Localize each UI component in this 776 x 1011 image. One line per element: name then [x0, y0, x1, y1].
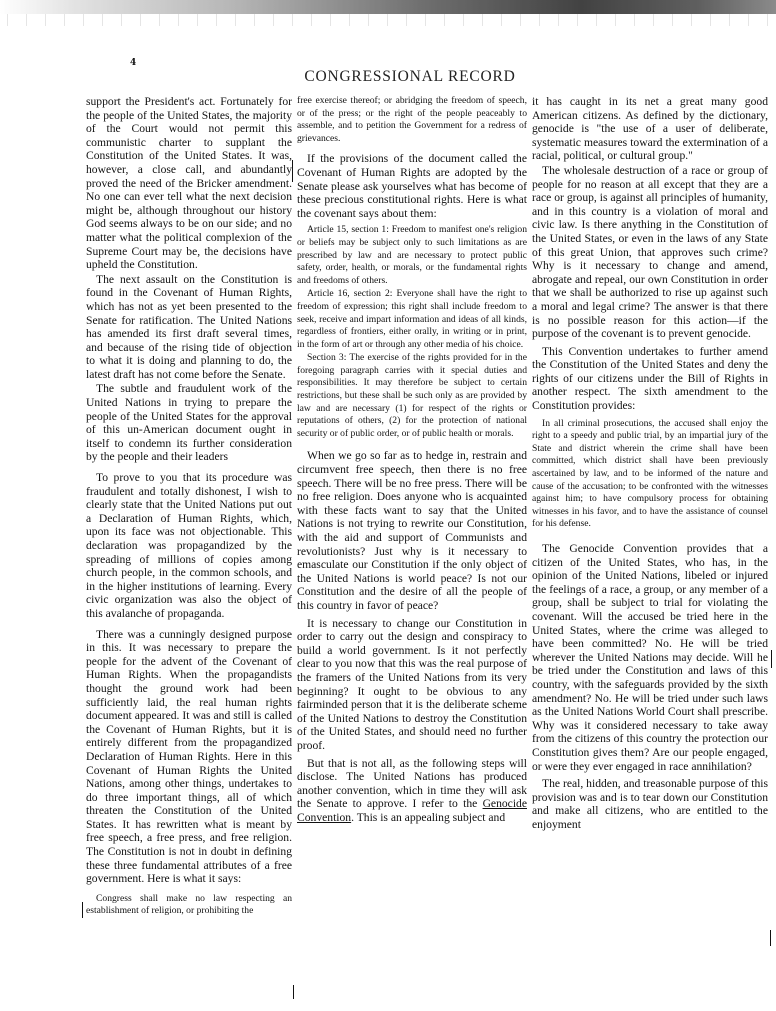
- paragraph: When we go so far as to hedge in, restra…: [297, 449, 527, 612]
- block-quote: Article 15, section 1: Freedom to manife…: [297, 224, 527, 287]
- block-quote: Section 3: The exercise of the rights pr…: [297, 352, 527, 440]
- paragraph-genocide-convention: But that is not all, as the following st…: [297, 757, 527, 825]
- paragraph: This Convention undertakes to further am…: [532, 345, 768, 413]
- masthead-title: CONGRESSIONAL RECORD: [290, 68, 530, 86]
- margin-mark: [771, 650, 772, 668]
- paragraph: It is necessary to change our Constituti…: [297, 617, 527, 753]
- paragraph: The subtle and fraudulent work of the Un…: [86, 382, 292, 464]
- paragraph: To prove to you that its procedure was f…: [86, 471, 292, 621]
- block-quote: Article 16, section 2: Everyone shall ha…: [297, 288, 527, 351]
- margin-mark: [82, 902, 83, 918]
- column-left: support the President's act. Fortunately…: [86, 95, 292, 919]
- paragraph: The Genocide Convention provides that a …: [532, 542, 768, 773]
- paragraph: The wholesale destruction of a race or g…: [532, 164, 768, 341]
- block-quote: Congress shall make no law respecting an…: [86, 893, 292, 918]
- column-middle: free exercise thereof; or abridging the …: [297, 95, 527, 825]
- paragraph: The next assault on the Constitution is …: [86, 273, 292, 382]
- paragraph: support the President's act. Fortunately…: [86, 95, 292, 272]
- column-right: it has caught in its net a great many go…: [532, 95, 768, 832]
- text-run: . This is an appealing subject and: [351, 811, 505, 824]
- paragraph: If the provisions of the document called…: [297, 152, 527, 220]
- block-quote: In all criminal prosecutions, the accuse…: [532, 418, 768, 531]
- page-mark: 4: [130, 58, 136, 68]
- paragraph: The real, hidden, and treasonable purpos…: [532, 777, 768, 831]
- scan-artifact-top-edge: [0, 0, 776, 14]
- paragraph: it has caught in its net a great many go…: [532, 95, 768, 163]
- margin-mark: [293, 985, 294, 999]
- paragraph: There was a cunningly designed purpose i…: [86, 628, 292, 886]
- margin-mark: [770, 930, 771, 946]
- block-quote-continued: free exercise thereof; or abridging the …: [297, 95, 527, 145]
- margin-mark: [292, 160, 293, 182]
